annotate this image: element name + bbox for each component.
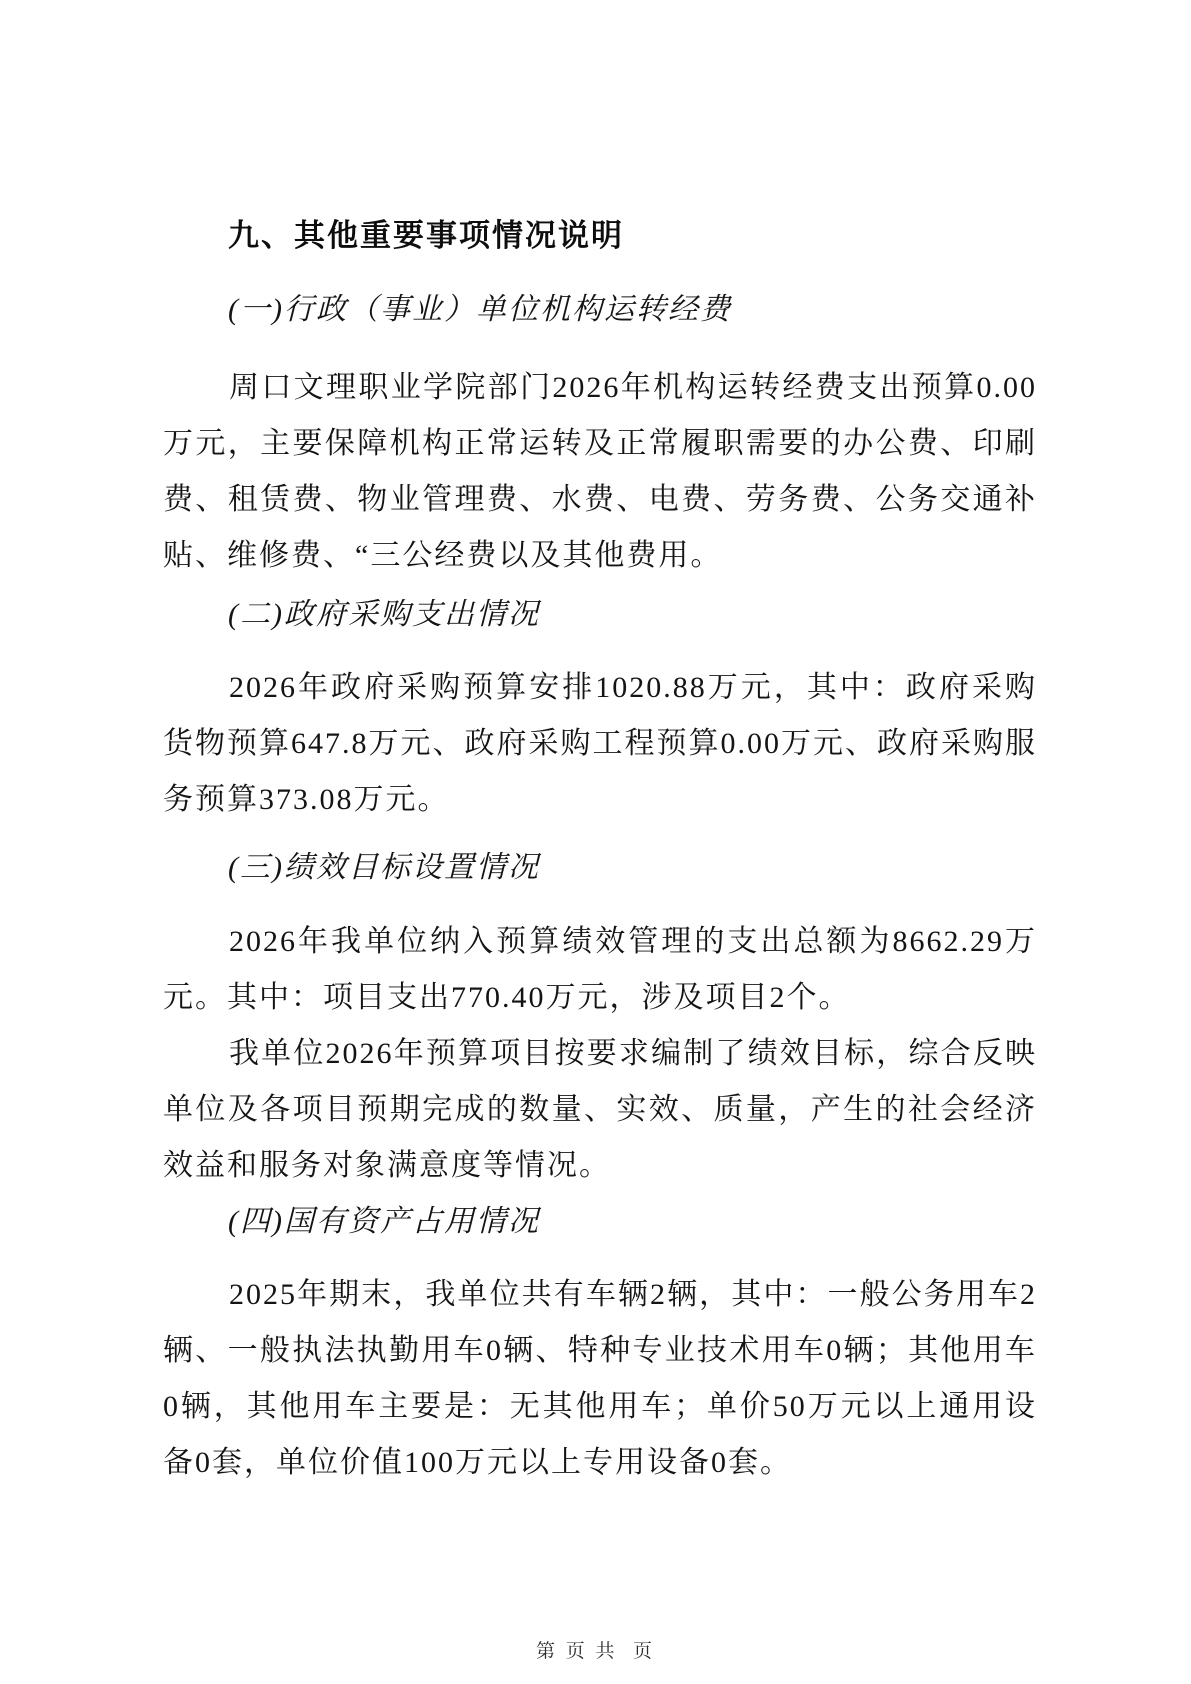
paragraph: 周口文理职业学院部门2026年机构运转经费支出预算0.00万元，主要保障机构正常… [163,360,1037,584]
paragraph: 2026年我单位纳入预算绩效管理的支出总额为8662.29万元。其中：项目支出7… [163,914,1037,1026]
section-heading-1: (一)行政（事业）单位机构运转经费 [163,290,1037,330]
document-title: 九、其他重要事项情况说明 [163,215,1037,257]
paragraph: 我单位2026年预算项目按要求编制了绩效目标，综合反映单位及各项目预期完成的数量… [163,1026,1037,1194]
document-content: 九、其他重要事项情况说明 (一)行政（事业）单位机构运转经费 周口文理职业学院部… [163,215,1037,1491]
paragraph: 2025年期末，我单位共有车辆2辆，其中：一般公务用车2辆、一般执法执勤用车0辆… [163,1267,1037,1491]
paragraph: 2026年政府采购预算安排1020.88万元，其中：政府采购货物预算647.8万… [163,660,1037,828]
section-heading-3: (三)绩效目标设置情况 [163,848,1037,888]
page-footer: 第 页 共 页 [0,1636,1191,1663]
document-page: 九、其他重要事项情况说明 (一)行政（事业）单位机构运转经费 周口文理职业学院部… [0,0,1191,1684]
section-heading-2: (二)政府采购支出情况 [163,595,1037,635]
section-heading-4: (四)国有资产占用情况 [163,1202,1037,1242]
